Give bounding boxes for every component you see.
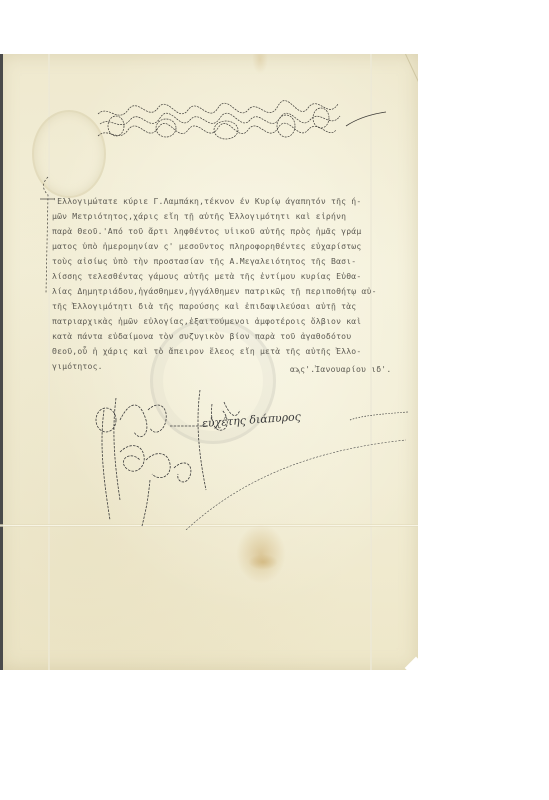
stain-mark [248, 554, 278, 570]
body-line: παρὰ Θεοῦ.'Από τοῦ ἄρτι ληφθέντος υἱικοῦ… [52, 224, 414, 239]
body-line: τοὺς αἰσίως ὑπὸ τὴν προστασίαν τῆς Α.Μεγ… [52, 254, 414, 269]
body-line: λίας Δημητριάδου,ἠγάσθημεν,ἠγγάλθημεν πα… [52, 284, 414, 299]
letter-body: 'Ελλογιμώτατε κύριε Γ.Λαμπάκη,τέκνον έν … [52, 194, 414, 374]
body-line: πατριαρχικὰς ἡμῶν εὐλογίας,ἐξαιτούμενοι … [52, 314, 414, 329]
body-line: λίσσης τελεσθέντας γάμους αὐτῆς μετὰ τῆς… [52, 269, 414, 284]
body-line: 'Ελλογιμώτατε κύριε Γ.Λαμπάκη,τέκνον έν … [52, 194, 414, 209]
body-line: Θεοῦ,οὗ ἡ χάρις καὶ τὸ ἄπειρον ἔλεος εἴη… [52, 344, 414, 359]
letter-date: αϡς'.Ἰανουαρίου ιδ'. [290, 364, 391, 374]
signature-monogram [90, 380, 410, 530]
diagonal-crease [405, 54, 418, 154]
body-line: τῆς Ἐλλογιμότητι διὰ τῆς παρούσης καὶ ἐπ… [52, 299, 414, 314]
body-line: ματος ὑπὸ ἡμερομηνίαν ς' μεσοῦντος πληρο… [52, 239, 414, 254]
stain-mark [252, 54, 268, 74]
calligraphic-header [96, 100, 388, 146]
body-line: μῶν Μετριότητος,χάρις εἴη τῇ αὐτῆς Ἐλλογ… [52, 209, 414, 224]
body-line: κατὰ πάντα εὐδαίμονα τὸν συζυγικὸν βίον … [52, 329, 414, 344]
